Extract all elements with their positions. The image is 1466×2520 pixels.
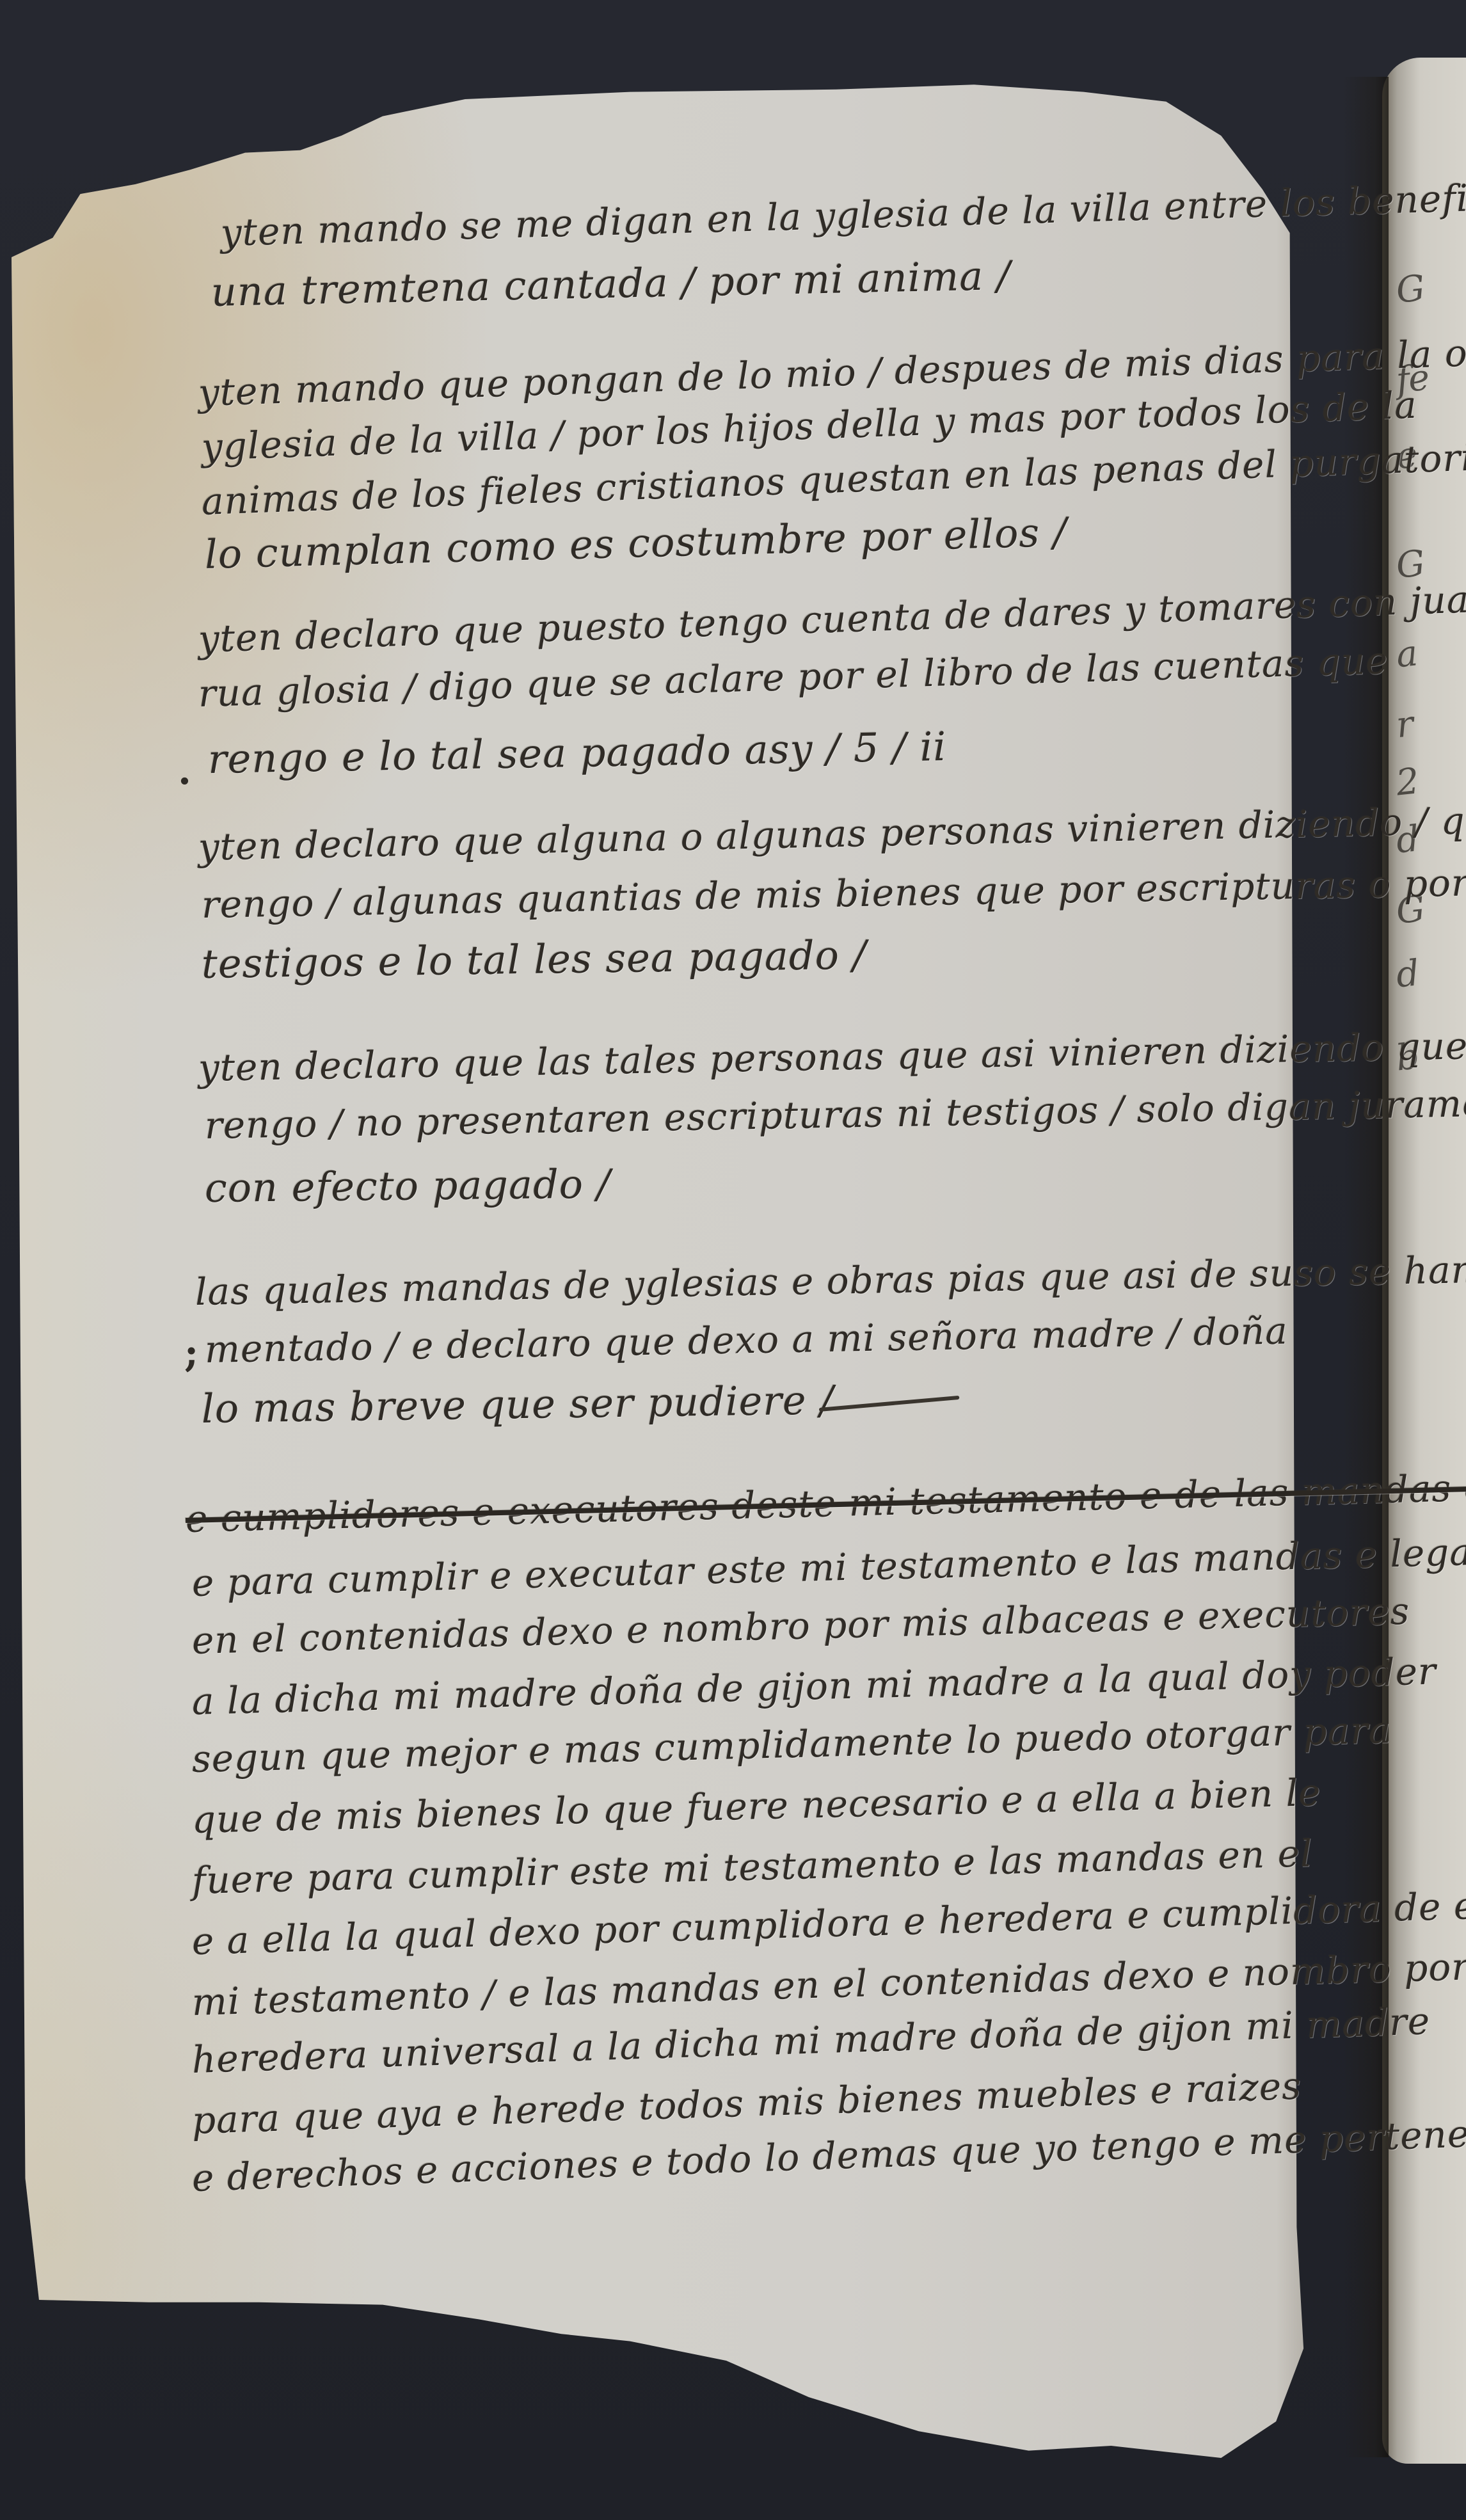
margin-dot: .: [178, 749, 191, 793]
margin-semicolon: ;: [184, 1331, 198, 1376]
next-folio-fragment: a: [1394, 633, 1419, 676]
next-folio-fragment: r: [1394, 703, 1414, 746]
manuscript-line: con efecto pagado /: [205, 1160, 611, 1211]
next-folio-fragment: d: [1394, 952, 1420, 996]
next-folio-fragment: 2: [1394, 760, 1420, 804]
manuscript-line: lo mas breve que ser pudiere /: [201, 1376, 834, 1432]
manuscript-line: testigos e lo tal les sea pagado /: [201, 931, 866, 987]
next-folio-fragment: G: [1394, 267, 1426, 312]
